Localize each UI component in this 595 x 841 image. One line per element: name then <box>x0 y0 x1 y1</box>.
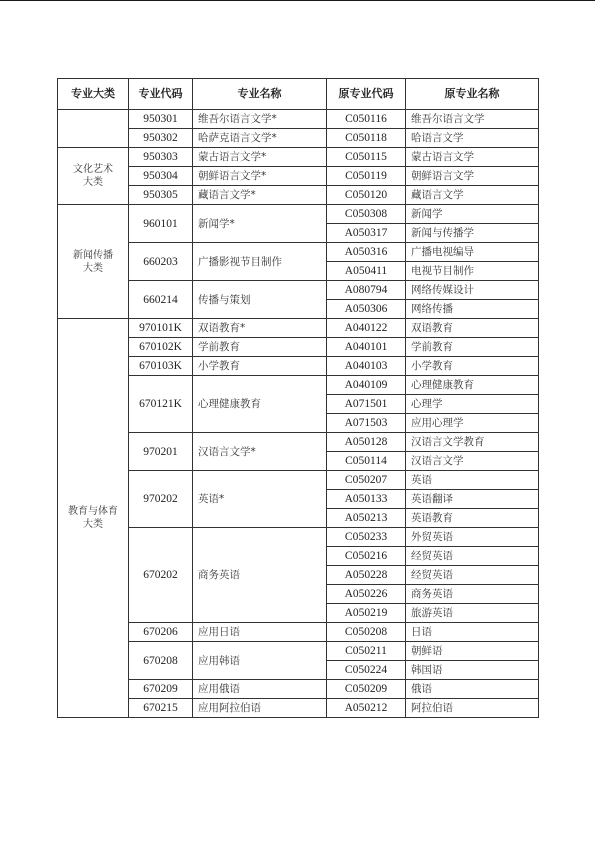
major-code-cell: 960101 <box>129 205 193 243</box>
major-name-cell: 应用韩语 <box>193 642 327 680</box>
table-row: 950305藏语言文学*C050120藏语言文学 <box>58 186 539 205</box>
old-code-cell: C050119 <box>327 167 406 186</box>
major-code-cell: 950302 <box>129 129 193 148</box>
old-name-cell: 广播电视编导 <box>406 243 539 262</box>
old-name-cell: 汉语言文学 <box>406 452 539 471</box>
old-name-cell: 英语教育 <box>406 509 539 528</box>
old-code-cell: A050316 <box>327 243 406 262</box>
old-code-cell: A040109 <box>327 376 406 395</box>
old-name-cell: 网络传播 <box>406 300 539 319</box>
old-code-cell: C050308 <box>327 205 406 224</box>
old-name-cell: 外贸英语 <box>406 528 539 547</box>
table-row: 950302哈萨克语言文学*C050118哈语言文学 <box>58 129 539 148</box>
table-row: 670206应用日语C050208日语 <box>58 623 539 642</box>
table-row: 970201汉语言文学*A050128汉语言文学教育 <box>58 433 539 452</box>
table-row: 660214传播与策划A080794网络传媒设计 <box>58 281 539 300</box>
table-row: 670103K小学教育A040103小学教育 <box>58 357 539 376</box>
major-code-cell: 950304 <box>129 167 193 186</box>
old-name-cell: 汉语言文学教育 <box>406 433 539 452</box>
old-code-cell: C050216 <box>327 547 406 566</box>
old-code-cell: C050207 <box>327 471 406 490</box>
old-code-cell: C050116 <box>327 110 406 129</box>
table-row: 670209应用俄语C050209俄语 <box>58 680 539 699</box>
major-name-cell: 应用俄语 <box>193 680 327 699</box>
old-code-cell: A050228 <box>327 566 406 585</box>
old-code-cell: A050212 <box>327 699 406 718</box>
category-cell: 教育与体育 大类 <box>58 319 129 718</box>
major-mapping-table: 专业大类 专业代码 专业名称 原专业代码 原专业名称 950301维吾尔语言文学… <box>57 78 539 718</box>
old-name-cell: 网络传媒设计 <box>406 281 539 300</box>
old-name-cell: 双语教育 <box>406 319 539 338</box>
major-code-cell: 950305 <box>129 186 193 205</box>
table-row: 670102K学前教育A040101学前教育 <box>58 338 539 357</box>
major-name-cell: 小学教育 <box>193 357 327 376</box>
old-code-cell: C050114 <box>327 452 406 471</box>
old-name-cell: 应用心理学 <box>406 414 539 433</box>
header-category: 专业大类 <box>58 79 129 110</box>
old-code-cell: C050224 <box>327 661 406 680</box>
major-name-cell: 藏语言文学* <box>193 186 327 205</box>
old-code-cell: A071503 <box>327 414 406 433</box>
old-name-cell: 新闻与传播学 <box>406 224 539 243</box>
old-code-cell: A050213 <box>327 509 406 528</box>
old-name-cell: 心理学 <box>406 395 539 414</box>
table-header-row: 专业大类 专业代码 专业名称 原专业代码 原专业名称 <box>58 79 539 110</box>
old-code-cell: A040101 <box>327 338 406 357</box>
major-name-cell: 英语* <box>193 471 327 528</box>
old-code-cell: A050133 <box>327 490 406 509</box>
major-name-cell: 商务英语 <box>193 528 327 623</box>
major-code-cell: 970101K <box>129 319 193 338</box>
major-name-cell: 朝鲜语言文学* <box>193 167 327 186</box>
old-code-cell: C050211 <box>327 642 406 661</box>
old-code-cell: A040122 <box>327 319 406 338</box>
old-name-cell: 旅游英语 <box>406 604 539 623</box>
major-name-cell: 维吾尔语言文学* <box>193 110 327 129</box>
old-code-cell: C050115 <box>327 148 406 167</box>
table-row: 新闻传播 大类960101新闻学*C050308新闻学 <box>58 205 539 224</box>
major-code-cell: 950301 <box>129 110 193 129</box>
old-name-cell: 心理健康教育 <box>406 376 539 395</box>
old-name-cell: 哈语言文学 <box>406 129 539 148</box>
table-row: 950304朝鲜语言文学*C050119朝鲜语言文学 <box>58 167 539 186</box>
old-name-cell: 日语 <box>406 623 539 642</box>
old-code-cell: C050233 <box>327 528 406 547</box>
old-name-cell: 蒙古语言文学 <box>406 148 539 167</box>
major-name-cell: 蒙古语言文学* <box>193 148 327 167</box>
old-code-cell: A050226 <box>327 585 406 604</box>
old-code-cell: C050209 <box>327 680 406 699</box>
old-code-cell: A050219 <box>327 604 406 623</box>
old-code-cell: C050208 <box>327 623 406 642</box>
old-code-cell: A050411 <box>327 262 406 281</box>
old-name-cell: 电视节目制作 <box>406 262 539 281</box>
major-name-cell: 应用日语 <box>193 623 327 642</box>
major-name-cell: 汉语言文学* <box>193 433 327 471</box>
old-code-cell: C050120 <box>327 186 406 205</box>
old-name-cell: 商务英语 <box>406 585 539 604</box>
major-code-cell: 670215 <box>129 699 193 718</box>
major-name-cell: 心理健康教育 <box>193 376 327 433</box>
table-row: 文化艺术 大类950303蒙古语言文学*C050115蒙古语言文学 <box>58 148 539 167</box>
header-old-code: 原专业代码 <box>327 79 406 110</box>
major-code-cell: 670209 <box>129 680 193 699</box>
major-code-cell: 660203 <box>129 243 193 281</box>
table-row: 970202英语*C050207英语 <box>58 471 539 490</box>
major-code-cell: 970201 <box>129 433 193 471</box>
table-row: 教育与体育 大类970101K双语教育*A040122双语教育 <box>58 319 539 338</box>
table-body: 950301维吾尔语言文学*C050116维吾尔语言文学950302哈萨克语言文… <box>58 110 539 718</box>
major-code-cell: 970202 <box>129 471 193 528</box>
major-code-cell: 670103K <box>129 357 193 376</box>
old-code-cell: A050317 <box>327 224 406 243</box>
table-row: 660203广播影视节目制作A050316广播电视编导 <box>58 243 539 262</box>
major-name-cell: 传播与策划 <box>193 281 327 319</box>
old-name-cell: 俄语 <box>406 680 539 699</box>
major-name-cell: 哈萨克语言文学* <box>193 129 327 148</box>
old-code-cell: A040103 <box>327 357 406 376</box>
table-row: 670202商务英语C050233外贸英语 <box>58 528 539 547</box>
old-code-cell: C050118 <box>327 129 406 148</box>
table-row: 950301维吾尔语言文学*C050116维吾尔语言文学 <box>58 110 539 129</box>
old-code-cell: A050306 <box>327 300 406 319</box>
major-code-cell: 670102K <box>129 338 193 357</box>
table-row: 670215应用阿拉伯语A050212阿拉伯语 <box>58 699 539 718</box>
old-name-cell: 维吾尔语言文学 <box>406 110 539 129</box>
major-name-cell: 应用阿拉伯语 <box>193 699 327 718</box>
old-name-cell: 韩国语 <box>406 661 539 680</box>
major-name-cell: 广播影视节目制作 <box>193 243 327 281</box>
old-code-cell: A080794 <box>327 281 406 300</box>
category-cell <box>58 110 129 148</box>
old-code-cell: A071501 <box>327 395 406 414</box>
table-row: 670121K心理健康教育A040109心理健康教育 <box>58 376 539 395</box>
major-code-cell: 670121K <box>129 376 193 433</box>
header-name: 专业名称 <box>193 79 327 110</box>
old-name-cell: 藏语言文学 <box>406 186 539 205</box>
table-row: 670208应用韩语C050211朝鲜语 <box>58 642 539 661</box>
old-name-cell: 阿拉伯语 <box>406 699 539 718</box>
major-code-cell: 670208 <box>129 642 193 680</box>
major-name-cell: 新闻学* <box>193 205 327 243</box>
old-name-cell: 朝鲜语言文学 <box>406 167 539 186</box>
old-name-cell: 经贸英语 <box>406 547 539 566</box>
old-name-cell: 朝鲜语 <box>406 642 539 661</box>
old-name-cell: 新闻学 <box>406 205 539 224</box>
old-name-cell: 学前教育 <box>406 338 539 357</box>
major-code-cell: 670206 <box>129 623 193 642</box>
page-top-rule <box>0 0 595 1</box>
category-cell: 新闻传播 大类 <box>58 205 129 319</box>
major-code-cell: 950303 <box>129 148 193 167</box>
major-name-cell: 学前教育 <box>193 338 327 357</box>
old-name-cell: 小学教育 <box>406 357 539 376</box>
old-name-cell: 英语 <box>406 471 539 490</box>
major-name-cell: 双语教育* <box>193 319 327 338</box>
major-code-cell: 670202 <box>129 528 193 623</box>
major-code-cell: 660214 <box>129 281 193 319</box>
header-old-name: 原专业名称 <box>406 79 539 110</box>
old-code-cell: A050128 <box>327 433 406 452</box>
header-code: 专业代码 <box>129 79 193 110</box>
old-name-cell: 经贸英语 <box>406 566 539 585</box>
category-cell: 文化艺术 大类 <box>58 148 129 205</box>
old-name-cell: 英语翻译 <box>406 490 539 509</box>
